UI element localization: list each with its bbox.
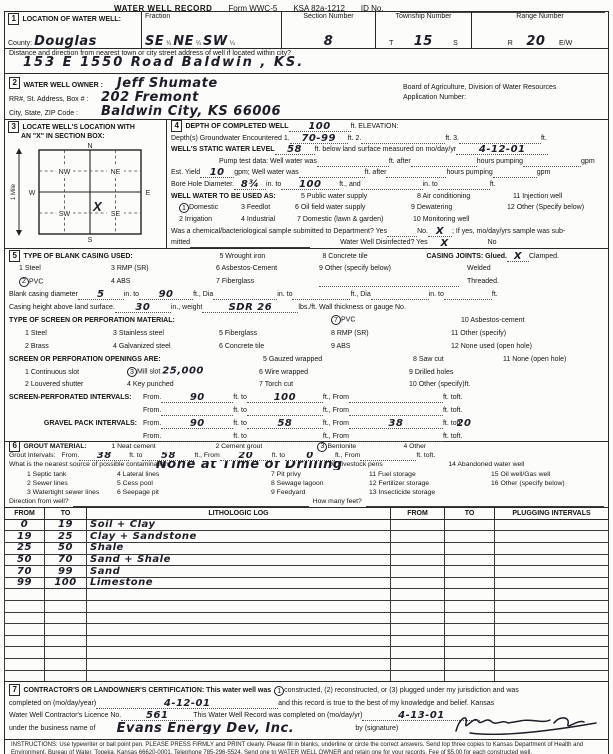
label: ft. to: [233, 406, 247, 416]
dotted-leader: [161, 407, 233, 416]
circled-option-pvc: 2: [19, 277, 29, 287]
casing-joints-glued-x: X: [514, 253, 522, 261]
groundwater-1-value: 70-99: [301, 135, 335, 143]
contamination-value: None at Time of Drilling: [156, 461, 343, 470]
casing-weight-value: SDR 26: [229, 304, 273, 312]
dotted-leader: [361, 135, 445, 144]
circled-option-domestic: 1: [179, 203, 189, 213]
to-cell: 100: [45, 577, 87, 589]
option-contamination-other: 16 Other (specify below): [491, 480, 565, 489]
option-feedlot: 3 Feedlot: [241, 203, 295, 213]
option-fuel-storage: 11 Fuel storage: [369, 470, 491, 479]
table-row: [5, 589, 609, 601]
record-completed-label: This Water Well Record was completed on …: [193, 711, 362, 721]
circled-option-screen-pvc: 7: [331, 315, 341, 325]
log-cell: [87, 647, 391, 659]
township-label: Township Number: [379, 13, 468, 20]
county-label: County:: [8, 40, 32, 47]
label: ft., From: [335, 452, 360, 461]
dotted-leader: [523, 158, 581, 167]
option-concrete-tile: 8 Concrete tile: [322, 252, 426, 262]
option-gauzed-wrapped: 5 Gauzed wrapped: [263, 355, 413, 365]
blank-line: [366, 498, 604, 507]
option-sewage-lagoon: 8 Sewage lagoon: [271, 480, 369, 489]
table-row: [5, 647, 609, 659]
option-louvered-shutter: 2 Louvered shutter: [25, 380, 127, 390]
option-screen-concrete-tile: 6 Concrete tile: [219, 342, 331, 352]
section-1-number: 1: [8, 13, 19, 25]
option-air-conditioning: 8 Air conditioning: [417, 192, 513, 202]
label: ft. below land surface measured on mo/da…: [315, 145, 457, 155]
option-fertilizer-storage: 12 Fertilizer storage: [369, 480, 491, 489]
casing-joints-threaded-label: Threaded.: [467, 277, 499, 287]
label: hours pumping: [446, 168, 492, 178]
option-torch-cut: 7 Torch cut: [259, 380, 409, 390]
gravel-pack-to-2-value: 20: [457, 420, 472, 428]
label: From.: [61, 452, 79, 461]
compass-e-label: E: [146, 190, 151, 197]
dotted-leader: [360, 452, 416, 461]
option-screen-rmp: 8 RMP (SR): [331, 329, 451, 339]
grout-from-2-value: 20: [238, 452, 253, 460]
est-yield-label: Est. Yield: [171, 168, 200, 178]
county-value: Douglas: [34, 34, 97, 49]
label: in. to: [423, 180, 438, 190]
screen-interval-to-value: 100: [274, 394, 296, 402]
compass-w-label: W: [29, 190, 36, 197]
option-dewatering: 9 Dewatering: [411, 203, 507, 213]
label: ft., From: [323, 419, 349, 429]
plug-to-cell: [445, 577, 495, 589]
option-rmp-sr: 3 RMP (SR): [111, 264, 216, 274]
option-livestock-pens: 10 Livestock pens: [328, 461, 448, 470]
address-value: 202 Fremont: [101, 93, 199, 103]
label: ft. to: [443, 432, 457, 442]
grout-intervals-label: Grout Intervals:: [9, 452, 55, 461]
header-to: TO: [45, 507, 87, 519]
table-row: 7099Sand: [5, 566, 609, 578]
plug-from-cell: [391, 647, 445, 659]
table-row: 1925Clay + Sandstone: [5, 531, 609, 543]
option-public-water-supply: 5 Public water supply: [301, 192, 417, 202]
section-5-number: 5: [9, 250, 20, 262]
plug-to-cell: [445, 566, 495, 578]
board-of-agriculture-label: Board of Agriculture, Division of Water …: [403, 84, 604, 91]
label: ft. 3.: [445, 134, 459, 144]
plug-to-cell: [445, 554, 495, 566]
gravel-pack-to-1-value: 58: [277, 420, 292, 428]
certification-text-2: and this record is true to the best of m…: [278, 699, 494, 709]
quarter-glyph: ¼: [196, 41, 201, 47]
section-3-4-row: 3LOCATE WELL'S LOCATION WITH AN "X" IN S…: [4, 119, 609, 249]
how-many-feet-label: How many feet?: [313, 498, 362, 507]
label: lbs./ft. Wall thickness or gauge No.: [298, 303, 406, 313]
plug-to-cell: [445, 531, 495, 543]
label: ft. to: [233, 432, 247, 442]
dotted-leader: [387, 228, 417, 237]
quadrant-sw-label: SW: [59, 211, 71, 218]
to-cell: [45, 647, 87, 659]
grout-to-2-value: 0: [306, 452, 313, 460]
section-4-well-data: 4DEPTH OF COMPLETED WELL100ft. ELEVATION…: [167, 120, 608, 248]
option-monitoring-well: 10 Monitoring well: [413, 215, 469, 225]
casing-joints-glued-label: CASING JOINTS: Glued.: [426, 252, 507, 262]
log-cell: [87, 589, 391, 601]
certification-text-1: constructed, (2) reconstructed, or (3) p…: [284, 686, 519, 696]
option-lateral-lines: 4 Lateral lines: [117, 470, 271, 479]
label: ft. to: [233, 393, 247, 403]
option-seepage-pit: 6 Seepage pit: [117, 489, 271, 498]
from-cell: [5, 612, 45, 624]
to-cell: 99: [45, 566, 87, 578]
screen-perforated-intervals-title: SCREEN-PERFORATED INTERVALS:: [9, 393, 143, 403]
range-value: 20: [526, 37, 545, 47]
from-cell: 50: [5, 554, 45, 566]
label: ft. to: [443, 419, 457, 429]
section-5-casing: 5TYPE OF BLANK CASING USED:5 Wrought iro…: [4, 248, 609, 443]
section-6-number: 6: [9, 442, 20, 451]
table-row: 019Soil + Clay: [5, 519, 609, 531]
label: ft., From: [323, 432, 349, 442]
log-cell: [87, 601, 391, 613]
plug-from-cell: [391, 635, 445, 647]
township-t: T: [389, 40, 393, 47]
licence-no-label: Water Well Contractor's Licence No.: [9, 711, 121, 721]
plug-to-cell: [445, 624, 495, 636]
plug-from-cell: [391, 577, 445, 589]
dotted-leader: [319, 278, 459, 287]
label: ft. to: [233, 419, 247, 429]
plugging-intervals-cell: [495, 624, 609, 636]
from-cell: [5, 624, 45, 636]
instructions-footer: INSTRUCTIONS: Use typewriter or ball poi…: [4, 738, 609, 754]
table-row: 99100Limestone: [5, 577, 609, 589]
dotted-leader: [444, 291, 492, 300]
label: From.: [143, 432, 161, 442]
option-insecticide-storage: 13 Insecticide storage: [369, 489, 491, 498]
plug-from-cell: [391, 612, 445, 624]
option-screen-steel: 1 Steel: [25, 329, 113, 339]
label: ft.: [457, 432, 463, 442]
header-lithologic-log: LITHOLOGIC LOG: [87, 507, 391, 519]
option-septic-tank: 1 Septic tank: [27, 470, 117, 479]
option-oil-field-water-supply: 6 Oil field water supply: [295, 203, 411, 213]
label: ft. to: [129, 452, 142, 461]
application-number-label: Application Number:: [403, 94, 604, 101]
label: ft.: [490, 180, 496, 190]
to-cell: [45, 612, 87, 624]
dotted-leader: [459, 135, 541, 144]
circled-option-constructed: 1: [274, 686, 284, 696]
from-cell: [5, 589, 45, 601]
plug-to-cell: [445, 589, 495, 601]
option-screen-pvc: PVC: [341, 317, 355, 324]
casing-height-value: 30: [135, 304, 150, 312]
to-cell: 50: [45, 543, 87, 555]
to-cell: 70: [45, 554, 87, 566]
gravel-pack-intervals-title: GRAVEL PACK INTERVALS:: [9, 419, 143, 429]
casing-joints-welded-label: Welded: [467, 264, 491, 274]
section-6-grout: 6GROUT MATERIAL:1 Neat cement2 Cement gr…: [4, 441, 609, 508]
option-screen-other: 11 Other (specify): [451, 329, 506, 339]
section-box-diagram: 1 Mile NW NE SW SE N S W E X: [5, 140, 163, 244]
static-water-level-value: 58: [287, 146, 302, 154]
table-row: 5070Sand + Shale: [5, 554, 609, 566]
option-saw-cut: 8 Saw cut: [413, 355, 503, 365]
to-cell: [45, 589, 87, 601]
owner-name-value: Jeff Shumate: [117, 79, 218, 89]
label: ft.: [430, 452, 436, 461]
to-cell: 25: [45, 531, 87, 543]
plugging-intervals-cell: [495, 659, 609, 671]
casing-diameter-value: 5: [97, 291, 104, 299]
option-steel: 1 Steel: [19, 264, 111, 274]
chemical-sample-no-x: X: [436, 228, 444, 236]
plugging-intervals-cell: [495, 577, 609, 589]
county-cell: 1LOCATION OF WATER WELL: County: Douglas: [5, 12, 141, 48]
section-3-location-box: 3LOCATE WELL'S LOCATION WITH AN "X" IN S…: [5, 120, 167, 248]
dotted-leader: [299, 169, 365, 178]
measured-date-value: 4-12-01: [479, 146, 526, 154]
label: From.: [143, 406, 161, 416]
range-cell: Range Number R 20 E/W: [471, 12, 608, 48]
option-none-open-hole: 11 None (open hole): [503, 355, 566, 365]
gravel-pack-from-1-value: 90: [190, 420, 205, 428]
contamination-question: What is the nearest source of possible c…: [9, 461, 170, 470]
quadrant-se-label: SE: [111, 211, 121, 218]
chemical-sample-question-cont: mitted: [171, 238, 190, 248]
header-plug-from: FROM: [391, 507, 445, 519]
address-label: RR#, St. Address, Box # :: [9, 96, 101, 103]
option-galvanized-steel: 4 Galvanized steel: [113, 342, 219, 352]
label: ; If yes, mo/day/yrs sample was sub-: [452, 227, 565, 237]
fraction-label: Fraction: [145, 13, 278, 20]
plug-to-cell: [445, 519, 495, 531]
static-water-level-label: WELL'S STATIC WATER LEVEL: [171, 145, 275, 155]
from-cell: [5, 601, 45, 613]
blank-casing-diameter-label: Blank casing diameter: [9, 290, 78, 300]
option-watertight-sewer-lines: 3 Watertight sewer lines: [27, 489, 117, 498]
label: gpm: [581, 157, 595, 167]
label: ft. to: [443, 406, 457, 416]
from-cell: 99: [5, 577, 45, 589]
licence-no-value: 561: [146, 712, 168, 720]
dotted-leader: [317, 158, 389, 167]
plugging-intervals-cell: [495, 519, 609, 531]
label: ft., From: [323, 406, 349, 416]
fraction-3-value: SW: [203, 37, 228, 47]
option-domestic-lawn-garden: 7 Domestic (lawn & garden): [297, 215, 413, 225]
dotted-leader: [292, 291, 350, 300]
label: ft. after: [365, 168, 387, 178]
option-continuous-slot: 1 Continuous slot: [25, 368, 127, 378]
dotted-leader: [349, 407, 443, 416]
fraction-cell: Fraction SE¼ NE¼ SW¼: [141, 12, 281, 48]
label: in. to: [266, 180, 281, 190]
log-cell: [87, 612, 391, 624]
screen-material-title: TYPE OF SCREEN OR PERFORATION MATERIAL:: [9, 316, 331, 326]
range-r: R: [508, 40, 513, 47]
quarter-glyph: ¼: [230, 41, 235, 47]
section-number-cell: Section Number 8: [281, 12, 375, 48]
mile-arrow-down: [16, 230, 22, 236]
grout-to-1-value: 58: [161, 452, 176, 460]
plugging-intervals-cell: [495, 589, 609, 601]
dotted-leader: [247, 407, 323, 416]
label: ft. after: [389, 157, 411, 167]
section-1-title: LOCATION OF WATER WELL:: [22, 16, 121, 23]
plugging-intervals-cell: [495, 647, 609, 659]
township-cell: Township Number T 15 S: [375, 12, 471, 48]
label: ft.: [465, 380, 471, 390]
casing-height-label: Casing height above land surface.: [9, 303, 115, 313]
label: ft. to: [272, 452, 285, 461]
gravel-pack-from-2-value: 38: [389, 420, 404, 428]
blank-line: [190, 239, 310, 248]
fraction-1-value: SE: [145, 37, 164, 47]
option-screen-fiberglass: 5 Fiberglass: [219, 329, 331, 339]
label: in. to: [124, 290, 139, 300]
mill-slot-size-value: 25,000: [162, 366, 204, 377]
label: ft.: [457, 406, 463, 416]
option-abandoned-water-well: 14 Abandoned water well: [448, 461, 524, 470]
option-other-use: 12 Other (Specify below): [507, 203, 584, 213]
plug-from-cell: [391, 543, 445, 555]
to-cell: [45, 624, 87, 636]
table-row: [5, 635, 609, 647]
plug-from-cell: [391, 589, 445, 601]
option-feedyard: 9 Feedyard: [271, 489, 369, 498]
header-from: FROM: [5, 507, 45, 519]
bore-hole-diameter-value: 8¾: [241, 181, 259, 189]
casing-joints-clamped-label: Clamped.: [529, 252, 559, 262]
plug-to-cell: [445, 659, 495, 671]
to-cell: 19: [45, 519, 87, 531]
disinfected-question: Water Well Disinfected? Yes: [340, 238, 428, 248]
section-4-number: 4: [171, 120, 182, 132]
label: in., weight: [171, 303, 203, 313]
one-mile-label: 1 Mile: [11, 184, 17, 201]
label: ft., Dia: [193, 290, 213, 300]
label: gpm; Well water was: [234, 168, 298, 178]
plugging-intervals-cell: [495, 554, 609, 566]
label: From.: [143, 393, 161, 403]
option-pit-privy: 7 Pit privy: [271, 470, 369, 479]
lithologic-log-table: FROM TO LITHOLOGIC LOG FROM TO PLUGGING …: [4, 507, 609, 682]
plug-from-cell: [391, 659, 445, 671]
bore-hole-depth-value: 100: [299, 181, 321, 189]
from-cell: 70: [5, 566, 45, 578]
record-completed-date-value: 4-13-01: [398, 712, 445, 720]
option-domestic: Domestic: [189, 203, 241, 213]
dotted-leader: [493, 169, 537, 178]
section-7-certification: 7CONTRACTOR'S OR LANDOWNER'S CERTIFICATI…: [4, 681, 609, 740]
label: No.: [417, 227, 428, 237]
business-name-value: Evans Energy Dev, Inc.: [117, 724, 295, 734]
dotted-leader: [386, 169, 446, 178]
label: ft., and: [339, 180, 360, 190]
signature-label: by (signature): [355, 724, 398, 734]
from-cell: 25: [5, 543, 45, 555]
water-well-record-form: WATER WELL RECORD Form WWC-5 KSA 82a-121…: [0, 0, 613, 754]
plugging-intervals-cell: [495, 566, 609, 578]
option-other-specify: 9 Other (specify below): [319, 264, 467, 274]
compass-n-label: N: [87, 143, 92, 150]
section-number-label: Section Number: [285, 13, 372, 20]
label: hours pumping: [477, 157, 523, 167]
township-s: S: [453, 40, 458, 47]
dotted-leader: [161, 433, 233, 442]
from-cell: 0: [5, 519, 45, 531]
range-label: Range Number: [475, 13, 605, 20]
option-abs: 4 ABS: [111, 277, 216, 287]
pump-test-label: Pump test data: Well water was: [219, 157, 317, 167]
log-cell: [87, 659, 391, 671]
label: From.: [143, 419, 161, 429]
plugging-intervals-cell: [495, 612, 609, 624]
dotted-leader: [371, 291, 429, 300]
bore-hole-diameter-label: Bore Hole Diameter.: [171, 180, 234, 190]
blank-line: [73, 498, 309, 507]
section-number-value: 8: [285, 37, 372, 47]
log-cell: [87, 635, 391, 647]
label: ft., Dia: [350, 290, 370, 300]
compass-s-label: S: [88, 237, 93, 244]
plug-from-cell: [391, 531, 445, 543]
plug-to-cell: [445, 635, 495, 647]
log-cell: Sand: [87, 566, 391, 578]
option-neat-cement: 1 Neat cement: [111, 442, 215, 451]
label: ft.: [492, 290, 498, 300]
grout-material-title: GROUT MATERIAL:: [23, 442, 111, 451]
well-location-x-mark: X: [92, 199, 103, 214]
table-row: [5, 659, 609, 671]
label: in. to: [277, 290, 292, 300]
label: ft. 2.: [348, 134, 362, 144]
table-row: [5, 612, 609, 624]
openings-title: SCREEN OR PERFORATION OPENINGS ARE:: [9, 355, 263, 365]
option-irrigation: 2 Irrigation: [179, 215, 241, 225]
log-cell: Soil + Clay: [87, 519, 391, 531]
dotted-leader: [247, 433, 323, 442]
option-fiberglass: 7 Fiberglass: [216, 277, 319, 287]
option-key-punched: 4 Key punched: [127, 380, 259, 390]
quarter-glyph: ¼: [166, 41, 171, 47]
plug-from-cell: [391, 624, 445, 636]
plugging-intervals-cell: [495, 543, 609, 555]
quadrant-nw-label: NW: [59, 169, 71, 176]
lithology-body: 019Soil + Clay1925Clay + Sandstone2550Sh…: [5, 519, 609, 681]
label: in. to: [429, 290, 444, 300]
to-cell: [45, 659, 87, 671]
township-value: 15: [414, 37, 433, 47]
option-screen-asbestos-cement: 10 Asbestos-cement: [461, 316, 524, 326]
from-cell: [5, 659, 45, 671]
to-cell: [45, 601, 87, 613]
label: ft. to: [416, 452, 429, 461]
option-wire-wrapped: 6 Wire wrapped: [259, 368, 409, 378]
dotted-leader: [411, 158, 477, 167]
plug-from-cell: [391, 601, 445, 613]
groundwater-label: Depth(s) Groundwater Encountered 1.: [171, 134, 290, 144]
section-2-number: 2: [9, 77, 20, 89]
section-2-owner: 2WATER WELL OWNER :Jeff Shumate RR#, St.…: [4, 73, 609, 121]
section-7-number: 7: [9, 684, 20, 696]
option-bentonite: Bentonite: [327, 442, 403, 451]
instructions-line-2: Environment, Bureau of Water, Topeka, Ka…: [11, 750, 602, 754]
business-name-label: under the business name of: [9, 724, 95, 734]
table-row: [5, 624, 609, 636]
